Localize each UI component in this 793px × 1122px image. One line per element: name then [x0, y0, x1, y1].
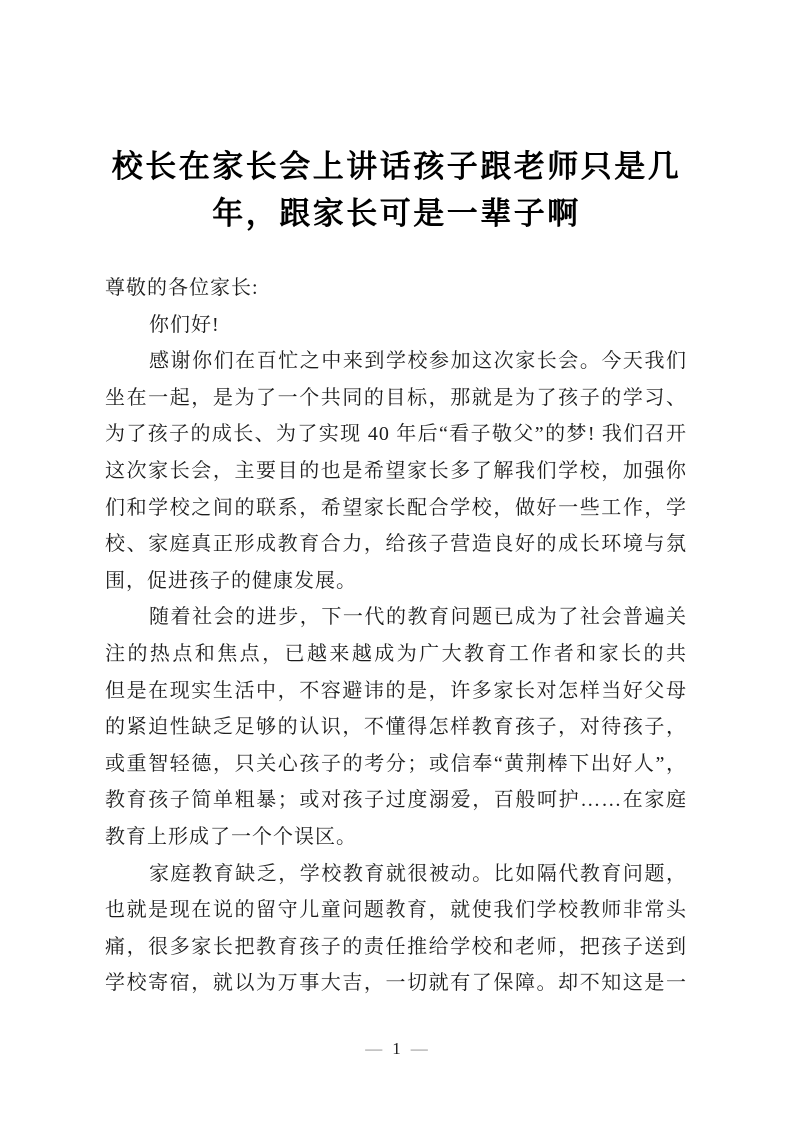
text-line: 随着社会的进步，下一代的教育问题已成为了社会普遍关	[105, 599, 687, 636]
text-line: 校、家庭真正形成教育合力，给孩子营造良好的成长环境与氛	[105, 526, 687, 563]
text-line: 教育孩子简单粗暴；或对孩子过度溺爱，百般呵护……在家庭	[105, 782, 687, 819]
text-line: 围，促进孩子的健康发展。	[105, 563, 687, 600]
text-line: 们和学校之间的联系，希望家长配合学校，做好一些工作，学	[105, 490, 687, 527]
text-line: 但是在现实生活中，不容避讳的是，许多家长对怎样当好父母	[105, 673, 687, 710]
title-line-2: 年，跟家长可是一辈子啊	[77, 190, 717, 237]
text-line: 注的热点和焦点，已越来越成为广大教育工作者和家长的共识。	[105, 636, 687, 673]
document-page: 校长在家长会上讲话孩子跟老师只是几 年，跟家长可是一辈子啊 尊敬的各位家长:你们…	[0, 0, 793, 1122]
text-line: 痛，很多家长把教育孩子的责任推给学校和老师，把孩子送到	[105, 929, 687, 966]
text-line: 感谢你们在百忙之中来到学校参加这次家长会。今天我们	[105, 343, 687, 380]
page-number: 1	[392, 1039, 401, 1058]
text-line: 学校寄宿，就以为万事大吉，一切就有了保障。却不知这是一	[105, 965, 687, 1002]
text-line: 教育上形成了一个个误区。	[105, 819, 687, 856]
page-footer: —1—	[0, 1038, 793, 1060]
text-line: 也就是现在说的留守儿童问题教育，就使我们学校教师非常头	[105, 892, 687, 929]
text-line: 的紧迫性缺乏足够的认识，不懂得怎样教育孩子，对待孩子，	[105, 709, 687, 746]
document-body: 尊敬的各位家长:你们好!感谢你们在百忙之中来到学校参加这次家长会。今天我们坐在一…	[105, 270, 687, 1002]
text-line: 为了孩子的成长、为了实现 40 年后“看子敬父”的梦! 我们召开	[105, 416, 687, 453]
title-line-1: 校长在家长会上讲话孩子跟老师只是几	[77, 143, 717, 190]
footer-dash-left: —	[355, 1039, 392, 1058]
footer-dash-right: —	[401, 1039, 438, 1058]
text-line: 家庭教育缺乏，学校教育就很被动。比如隔代教育问题，	[105, 856, 687, 893]
text-line: 尊敬的各位家长:	[105, 270, 687, 307]
text-line: 你们好!	[105, 307, 687, 344]
text-line: 坐在一起，是为了一个共同的目标，那就是为了孩子的学习、	[105, 380, 687, 417]
text-line: 或重智轻德，只关心孩子的考分；或信奉“黄荆棒下出好人”，	[105, 746, 687, 783]
text-line: 这次家长会，主要目的也是希望家长多了解我们学校，加强你	[105, 453, 687, 490]
document-title: 校长在家长会上讲话孩子跟老师只是几 年，跟家长可是一辈子啊	[77, 143, 717, 237]
